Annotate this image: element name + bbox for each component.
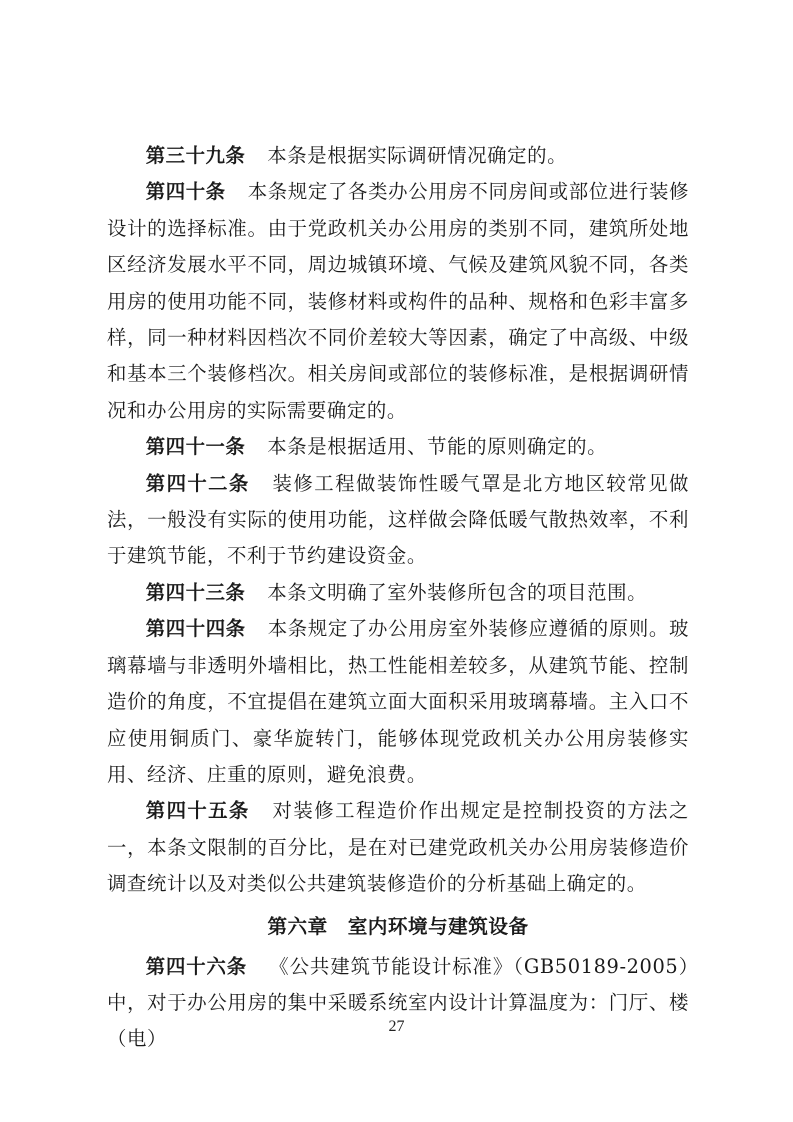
article-text: 本条是根据适用、节能的原则确定的。 — [267, 435, 607, 458]
article-text: 本条文明确了室外装修所包含的项目范围。 — [267, 581, 647, 604]
article-number: 第四十条 — [146, 180, 226, 203]
article-number: 第四十五条 — [146, 799, 250, 822]
chapter-heading: 第六章室内环境与建筑设备 — [107, 909, 689, 945]
article-46: 第四十六条《公共建筑节能设计标准》（GB50189-2005）中，对于办公用房的… — [107, 949, 689, 1058]
article-40: 第四十条本条规定了各类办公用房不同房间或部位进行装修设计的选择标准。由于党政机关… — [107, 174, 689, 429]
page-number: 27 — [0, 1018, 793, 1036]
article-number: 第四十二条 — [146, 472, 250, 495]
document-page: 第三十九条本条是根据实际调研情况确定的。 第四十条本条规定了各类办公用房不同房间… — [107, 138, 689, 1058]
article-42: 第四十二条装修工程做装饰性暖气罩是北方地区较常见做法，一般没有实际的使用功能，这… — [107, 466, 689, 575]
chapter-title: 室内环境与建筑设备 — [348, 915, 529, 938]
article-45: 第四十五条对装修工程造价作出规定是控制投资的方法之一，本条文限制的百分比，是在对… — [107, 793, 689, 902]
chapter-number: 第六章 — [267, 915, 327, 938]
article-text: 本条规定了办公用房室外装修应遵循的原则。玻璃幕墙与非透明外墙相比，热工性能相差较… — [107, 617, 689, 786]
article-44: 第四十四条本条规定了办公用房室外装修应遵循的原则。玻璃幕墙与非透明外墙相比，热工… — [107, 611, 689, 793]
article-43: 第四十三条本条文明确了室外装修所包含的项目范围。 — [107, 575, 689, 611]
article-number: 第四十一条 — [146, 435, 245, 458]
article-text: 本条规定了各类办公用房不同房间或部位进行装修设计的选择标准。由于党政机关办公用房… — [107, 180, 689, 421]
article-number: 第四十三条 — [146, 581, 245, 604]
article-text: 本条是根据实际调研情况确定的。 — [267, 144, 567, 167]
article-41: 第四十一条本条是根据适用、节能的原则确定的。 — [107, 429, 689, 465]
article-number: 第三十九条 — [146, 144, 245, 167]
article-number: 第四十六条 — [146, 955, 247, 978]
article-39: 第三十九条本条是根据实际调研情况确定的。 — [107, 138, 689, 174]
article-number: 第四十四条 — [146, 617, 246, 640]
